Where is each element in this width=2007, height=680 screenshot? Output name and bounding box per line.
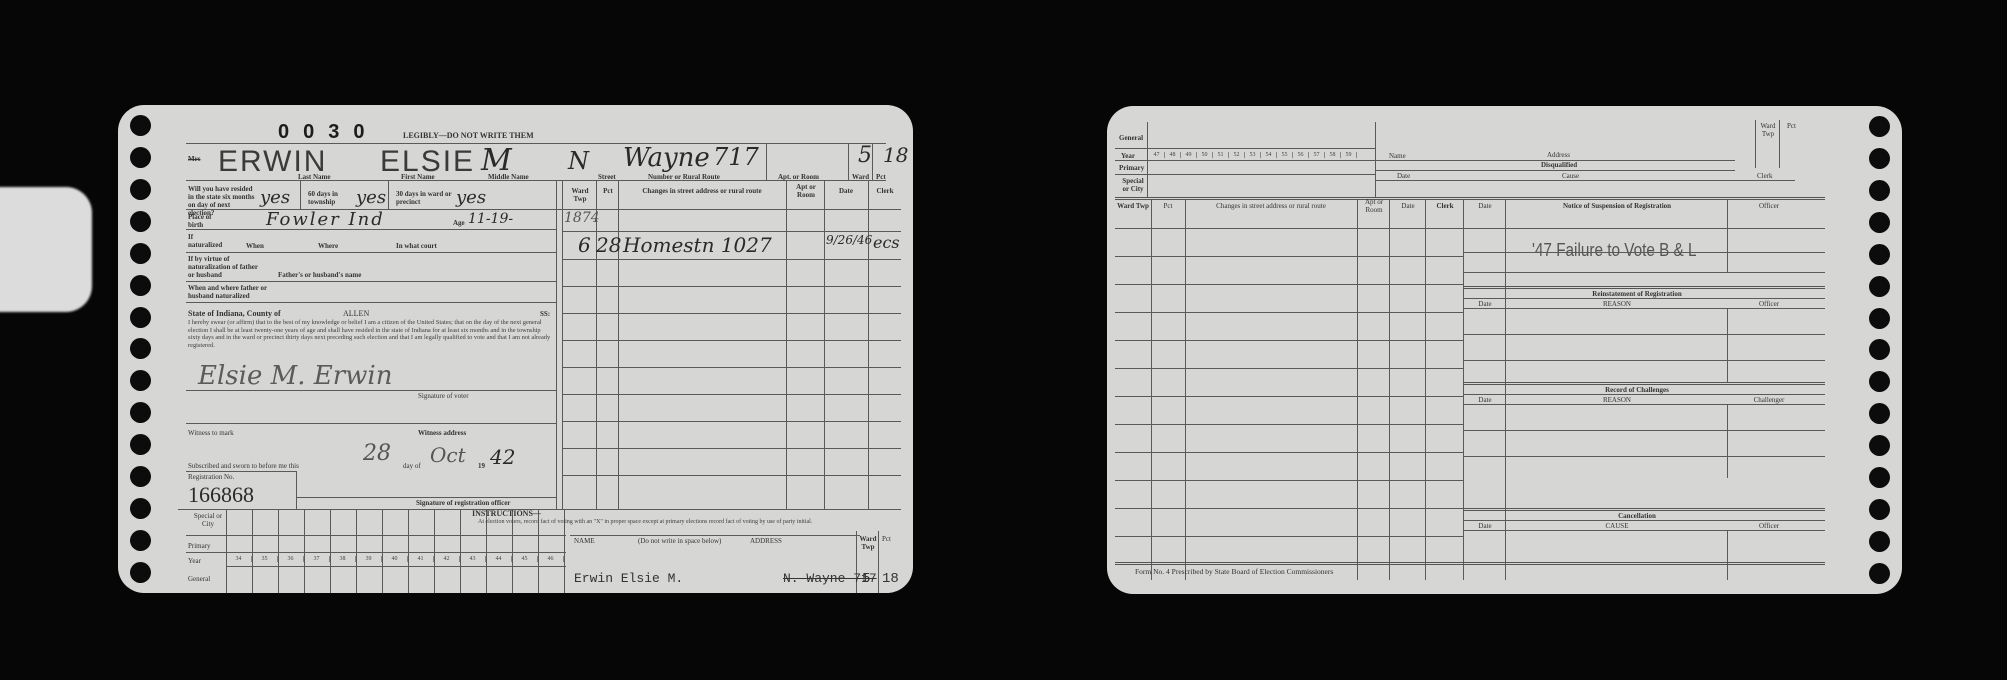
adjacent-card-edge <box>0 187 92 312</box>
suspension-header-officer: Officer <box>1729 202 1809 210</box>
changes-header-address: Changes in street address or rural route <box>620 187 784 195</box>
punch-holes-right <box>1869 116 1890 584</box>
back-grid-label-primary: Primary <box>1119 164 1144 172</box>
challenges-header-challenger: Challenger <box>1729 396 1809 404</box>
reinstatement-header-officer: Officer <box>1729 300 1809 308</box>
suspension-entry: '47 Failure to Vote B & L <box>1532 240 1697 261</box>
back-year-row: 47484950515253545556575859 <box>1149 152 1357 158</box>
footer-name-label: NAME <box>574 537 595 545</box>
residency-q1-value: yes <box>260 187 290 208</box>
disqualified-date-label: Date <box>1397 172 1410 180</box>
suspension-header-notice: Notice of Suspension of Registration <box>1507 202 1727 210</box>
cancellation-header-cause: CAUSE <box>1507 522 1727 530</box>
middle-name-label: Middle Name <box>488 173 529 181</box>
naturalized-label: If naturalized <box>188 233 228 249</box>
house-number-value: 717 <box>713 143 759 171</box>
oath-state-label: State of Indiana, County of <box>188 310 281 318</box>
oath-text: I hereby swear (or affirm) that to the b… <box>188 319 553 349</box>
age-label: Age <box>453 219 465 227</box>
changes-header-ward: Ward Twp <box>566 187 594 203</box>
footer-name-value: Erwin Elsie M. <box>574 571 683 586</box>
disqualified-cause-label: Cause <box>1562 172 1579 180</box>
cancellation-header-date: Date <box>1465 522 1505 530</box>
footer-address-label: ADDRESS <box>750 537 782 545</box>
changes-row-2-address: Homestn 1027 <box>623 233 772 257</box>
birthplace-value: Fowler Ind <box>266 209 385 230</box>
instructions-text: At election voters, record fact of votin… <box>478 519 853 526</box>
registration-card-front: 0030 LEGIBLY—DO NOT WRITE THEM Mrs ERWIN… <box>118 105 913 593</box>
residency-q2-label: 60 days in township <box>308 190 356 206</box>
instructions-title: INSTRUCTIONS— <box>472 510 541 518</box>
registration-card-back: General Year 47484950515253545556575859 … <box>1107 106 1902 594</box>
changes-row-2-date: 9/26/46 <box>826 233 872 247</box>
front-year-row: 34353637383940414243444546 <box>226 556 564 562</box>
registration-number-value: 166868 <box>188 482 254 508</box>
day-of-label: day of <box>403 462 421 470</box>
ward-value: 5 <box>858 143 872 168</box>
back-ward-label: Ward Twp <box>1757 122 1779 138</box>
grid-label-special: Special or City <box>188 512 228 528</box>
changes-row-2-pct: 28 <box>596 233 621 257</box>
grid-label-primary: Primary <box>188 542 211 550</box>
footer-ward-label: Ward Twp <box>858 535 878 551</box>
father-husband-naturalized-label: When and where father or husband natural… <box>188 284 283 300</box>
residency-q3-value: yes <box>456 187 486 208</box>
subscribed-label: Subscribed and sworn to before me this <box>188 462 299 470</box>
punch-holes-left <box>130 115 151 583</box>
disqualified-title: Disqualified <box>1541 161 1577 169</box>
registration-officer-signature-label: Signature of registration officer <box>416 499 510 507</box>
reinstatement-header-reason: REASON <box>1507 300 1727 308</box>
changes-header-date: Date <box>826 187 866 195</box>
serial-number: 0030 <box>278 121 379 144</box>
changes-row-1-ward: 1874 <box>564 210 600 226</box>
footer-pct-value: 18 <box>882 571 899 587</box>
pct-value: 18 <box>883 143 908 167</box>
title-prefix: Mrs <box>188 155 200 163</box>
street-direction-value: N <box>568 147 589 175</box>
back-changes-header-apt: Apt or Room <box>1359 198 1389 214</box>
street-value: Wayne <box>623 143 710 173</box>
naturalized-where-label: Where <box>318 242 338 250</box>
year-prefix: 19 <box>478 462 485 470</box>
footer-pct-label: Pct <box>882 535 891 543</box>
residency-q2-value: yes <box>356 187 386 208</box>
disqualified-name-label: Name <box>1389 152 1406 160</box>
naturalized-court-label: In what court <box>396 242 437 250</box>
back-changes-header-date: Date <box>1391 202 1425 210</box>
challenges-title: Record of Challenges <box>1537 386 1737 394</box>
residency-q3-label: 30 days in ward or precinct <box>396 190 456 206</box>
grid-label-year: Year <box>188 557 201 565</box>
witness-address-label: Witness address <box>418 429 466 437</box>
back-changes-header-address: Changes in street address or rural route <box>1187 202 1355 210</box>
changes-row-2-clerk: ecs <box>873 233 900 252</box>
witness-to-mark-label: Witness to mark <box>188 429 234 437</box>
disqualified-clerk-label: Clerk <box>1757 172 1773 180</box>
oath-county-value: ALLEN <box>343 309 369 318</box>
subscribed-month-value: Oct <box>430 443 466 467</box>
back-changes-header-pct: Pct <box>1151 202 1185 210</box>
number-label: Number or Rural Route <box>648 173 720 181</box>
apt-label: Apt. or Room <box>778 173 819 181</box>
registration-number-label: Registration No. <box>188 473 234 481</box>
challenges-header-date: Date <box>1465 396 1505 404</box>
father-husband-name-label: Father's or husband's name <box>278 271 361 279</box>
street-label: Street <box>598 173 616 181</box>
back-grid-label-general: General <box>1119 134 1143 142</box>
first-name-label: First Name <box>401 173 435 181</box>
subscribed-year-value: 42 <box>490 445 515 469</box>
changes-header-clerk: Clerk <box>870 187 900 195</box>
back-pct-label: Pct <box>1787 122 1796 130</box>
virtue-naturalization-label: If by virtue of naturalization of father… <box>188 255 258 279</box>
ward-label: Ward <box>852 173 869 181</box>
signature-of-voter-label: Signature of voter <box>418 392 469 400</box>
footer-do-not-write: (Do not write in space below) <box>638 537 721 545</box>
changes-row-2-ward: 6 <box>578 233 591 257</box>
header-instruction: LEGIBLY—DO NOT WRITE THEM <box>403 132 534 140</box>
back-grid-label-special: Special or City <box>1119 177 1147 193</box>
back-changes-header-ward: Ward Twp <box>1115 202 1151 210</box>
back-changes-header-clerk: Clerk <box>1427 202 1463 210</box>
voter-signature: Elsie M. Erwin <box>198 361 392 391</box>
disqualified-address-label: Address <box>1547 151 1570 159</box>
cancellation-header-officer: Officer <box>1729 522 1809 530</box>
oath-ss: SS: <box>540 310 550 318</box>
form-footer-text: Form No. 4 Prescribed by State Board of … <box>1135 568 1333 576</box>
cancellation-title: Cancellation <box>1537 512 1737 520</box>
birthplace-label: Place of birth <box>188 213 228 229</box>
back-grid-label-year: Year <box>1121 152 1135 160</box>
challenges-header-reason: REASON <box>1507 396 1727 404</box>
changes-header-pct: Pct <box>598 187 618 195</box>
naturalized-when-label: When <box>246 242 264 250</box>
grid-label-general: General <box>188 575 210 583</box>
reinstatement-header-date: Date <box>1465 300 1505 308</box>
footer-ward-value: 5 <box>862 571 870 587</box>
changes-header-apt: Apt or Room <box>790 183 822 199</box>
suspension-header-date: Date <box>1465 202 1505 210</box>
age-value: 11-19- <box>468 211 513 227</box>
last-name-label: Last Name <box>298 173 330 181</box>
subscribed-day-value: 28 <box>363 441 391 466</box>
reinstatement-title: Reinstatement of Registration <box>1537 290 1737 298</box>
pct-label: Pct <box>876 173 886 181</box>
